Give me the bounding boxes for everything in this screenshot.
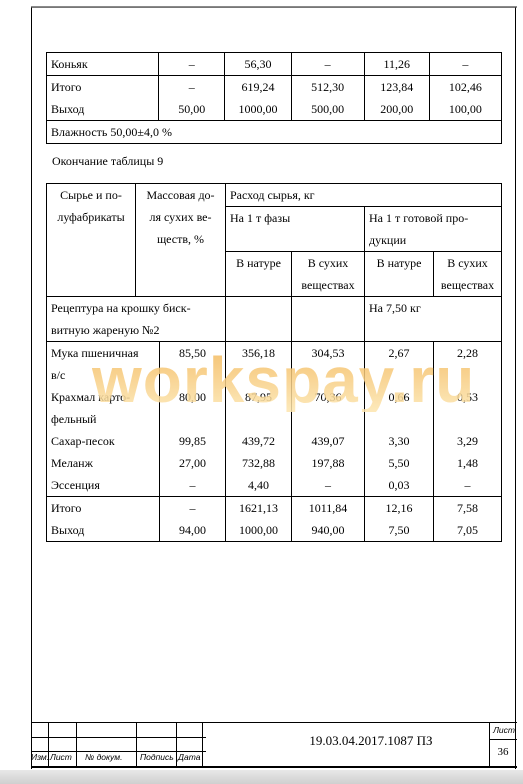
divider	[136, 723, 137, 767]
divider	[76, 723, 77, 767]
header-dry: В сухих веществах	[434, 252, 502, 297]
cell: –	[434, 474, 502, 497]
row-name: Выход	[47, 98, 159, 121]
cell: 2,28	[434, 342, 502, 387]
cell: 732,88	[226, 452, 292, 474]
recipe-title-text: Рецептура на крошку биск-	[51, 297, 221, 319]
ingredient-name-text: Сахар-песок	[51, 430, 155, 452]
cell: 100,00	[429, 98, 501, 121]
cell: 0,53	[434, 386, 502, 430]
sheet-number: 36	[489, 746, 517, 758]
cell: 0,03	[365, 474, 434, 497]
ingredient-name: Сахар-песок	[47, 430, 160, 452]
stamp-label-change: Изм.	[31, 752, 49, 762]
cell: 99,85	[160, 430, 226, 452]
table-row: Сахар-песок99,85439,72439,073,303,29	[47, 430, 502, 452]
ingredient-name-text: Крахмал карто-	[51, 386, 155, 408]
header-per-ton-phase: На 1 т фазы	[226, 207, 365, 252]
cell: –	[159, 53, 225, 76]
total-row: Итого – 1621,13 1011,84 12,16 7,58	[47, 497, 502, 520]
table-row: Итого – 619,24 512,30 123,84 102,46	[47, 76, 502, 99]
cell: 439,72	[226, 430, 292, 452]
title-block-stamp: Изм. Лист № докум. Подпись Дата 19.03.04…	[31, 722, 517, 768]
cell: 1,48	[434, 452, 502, 474]
cell: –	[160, 497, 226, 520]
cell: 1000,00	[226, 519, 292, 542]
divider	[202, 723, 203, 767]
sheet-label: Лист	[493, 725, 515, 735]
cell: 3,30	[365, 430, 434, 452]
table-continuation: Коньяк – 56,30 – 11,26 – Итого – 619,24 …	[46, 52, 502, 144]
cell: 200,00	[364, 98, 429, 121]
cell	[226, 297, 292, 342]
row-name: Итого	[47, 497, 160, 520]
output-row: Выход 94,00 1000,00 940,00 7,50 7,05	[47, 519, 502, 542]
table-footer-row: Влажность 50,00±4,0 %	[47, 121, 502, 144]
document-code: 19.03.04.2017.1087 ПЗ	[231, 733, 511, 749]
cell: –	[291, 53, 364, 76]
table-row: Мука пшеничнаяв/с85,50356,18304,532,672,…	[47, 342, 502, 387]
cell: 500,00	[291, 98, 364, 121]
humidity-note: Влажность 50,00±4,0 %	[47, 121, 502, 144]
stamp-label-signature: Подпись	[140, 752, 174, 762]
header-text: веществах	[296, 274, 360, 296]
header-text: Сырье и по-	[51, 184, 131, 206]
cell: 50,00	[159, 98, 225, 121]
cell: –	[292, 474, 365, 497]
header-dry-matter: Массовая до- ля сухих ве- ществ, %	[136, 184, 226, 297]
viewer-bottom-edge	[0, 770, 523, 784]
cell: 5,50	[365, 452, 434, 474]
cell: 356,18	[226, 342, 292, 387]
cell: 304,53	[292, 342, 365, 387]
cell: –	[159, 76, 225, 99]
header-text: На 1 т готовой про-	[369, 207, 497, 229]
cell: 512,30	[291, 76, 364, 99]
ingredient-name-text: в/с	[51, 364, 155, 386]
cell: 56,30	[225, 53, 291, 76]
table-row: Выход 50,00 1000,00 500,00 200,00 100,00	[47, 98, 502, 121]
header-text: ществ, %	[140, 228, 221, 250]
cell: –	[429, 53, 501, 76]
cell: 940,00	[292, 519, 365, 542]
cell: 12,16	[365, 497, 434, 520]
cell: 94,00	[160, 519, 226, 542]
header-text: веществах	[438, 274, 497, 296]
stamp-label-doc-number: № докум.	[85, 752, 122, 762]
header-consumption: Расход сырья, кг	[226, 184, 502, 207]
ingredient-name-text: Эссенция	[51, 474, 155, 496]
table-row: Крахмал карто-фельный80,0087,9570,360,66…	[47, 386, 502, 430]
header-dry: В сухих веществах	[292, 252, 365, 297]
recipe-title-text: витную жареную №2	[51, 319, 221, 341]
header-row: Сырье и по- луфабрикаты Массовая до- ля …	[47, 184, 502, 207]
cell: 439,07	[292, 430, 365, 452]
header-text: ля сухих ве-	[140, 206, 221, 228]
cell: 619,24	[225, 76, 291, 99]
header-text: луфабрикаты	[51, 206, 131, 228]
header-natural: В натуре	[365, 252, 434, 297]
cell: 3,29	[434, 430, 502, 452]
ingredient-name: Мука пшеничнаяв/с	[47, 342, 160, 387]
cell: 7,50	[365, 519, 434, 542]
cell: 85,50	[160, 342, 226, 387]
row-name: Выход	[47, 519, 160, 542]
table-row: Коньяк – 56,30 – 11,26 –	[47, 53, 502, 76]
stamp-label-date: Дата	[178, 752, 200, 762]
row-name: Коньяк	[47, 53, 159, 76]
cell: 7,58	[434, 497, 502, 520]
cell: 1011,84	[292, 497, 365, 520]
table-9-end: Сырье и по- луфабрикаты Массовая до- ля …	[46, 183, 502, 542]
ingredient-name-text: фельный	[51, 408, 155, 430]
cell: 11,26	[364, 53, 429, 76]
cell: 102,46	[429, 76, 501, 99]
header-text: Массовая до-	[140, 184, 221, 206]
header-text: В сухих	[438, 252, 497, 274]
header-text: дукции	[369, 229, 497, 251]
table-caption: Окончание таблицы 9	[52, 154, 163, 169]
recipe-note: На 7,50 кг	[365, 297, 502, 342]
cell: 1000,00	[225, 98, 291, 121]
cell: 70,36	[292, 386, 365, 430]
cell: 87,95	[226, 386, 292, 430]
cell: 123,84	[364, 76, 429, 99]
header-text: В сухих	[296, 252, 360, 274]
ingredient-name-text: Мука пшеничная	[51, 342, 155, 364]
header-per-ton-product: На 1 т готовой про- дукции	[365, 207, 502, 252]
table-row: Эссенция–4,40–0,03–	[47, 474, 502, 497]
cell: 0,66	[365, 386, 434, 430]
ingredient-name: Эссенция	[47, 474, 160, 497]
divider	[31, 737, 206, 738]
cell: 7,05	[434, 519, 502, 542]
header-raw-materials: Сырье и по- луфабрикаты	[47, 184, 136, 297]
divider	[176, 723, 177, 767]
cell: 197,88	[292, 452, 365, 474]
cell: 2,67	[365, 342, 434, 387]
cell: 1621,13	[226, 497, 292, 520]
row-name: Итого	[47, 76, 159, 99]
recipe-title-row: Рецептура на крошку биск- витную жареную…	[47, 297, 502, 342]
recipe-title: Рецептура на крошку биск- витную жареную…	[47, 297, 226, 342]
cell: 80,00	[160, 386, 226, 430]
ingredient-name: Меланж	[47, 452, 160, 474]
ingredient-name: Крахмал карто-фельный	[47, 386, 160, 430]
ingredient-name-text: Меланж	[51, 452, 155, 474]
stamp-label-sheet: Лист	[50, 752, 72, 762]
cell	[292, 297, 365, 342]
cell: 27,00	[160, 452, 226, 474]
table-row: Меланж27,00732,88197,885,501,48	[47, 452, 502, 474]
cell: 4,40	[226, 474, 292, 497]
cell: –	[160, 474, 226, 497]
header-natural: В натуре	[226, 252, 292, 297]
